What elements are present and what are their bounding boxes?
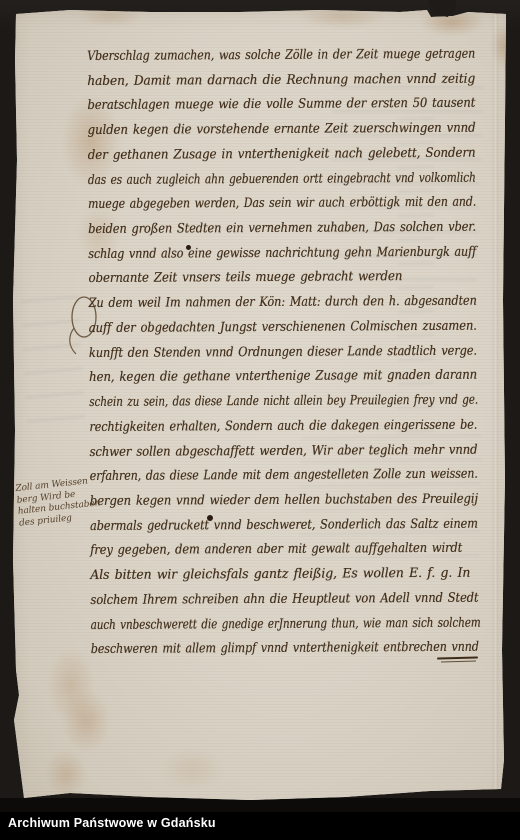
ink-underline <box>441 661 476 663</box>
manuscript-line: bergen kegen vnnd wieder dem hellen buch… <box>90 488 478 515</box>
stain-mark <box>300 6 384 28</box>
manuscript-line: frey gegeben, dem anderen aber mit gewal… <box>90 537 462 564</box>
manuscript-line: abermals gedruckett vnnd beschweret, Son… <box>90 512 478 539</box>
stain-mark <box>62 690 110 752</box>
manuscript-line: auff der obgedachten Jungst verschienene… <box>89 315 477 342</box>
manuscript-line: beschweren mit allem glimpf vnnd vnterth… <box>91 636 479 663</box>
manuscript-line: obernante Zeit vnsers teils muege gebrac… <box>88 266 402 293</box>
manuscript-line: beiden großen Stedten ein vernehmen zuha… <box>88 216 476 243</box>
manuscript-line: das es auch zugleich ahn gebuerenden ort… <box>88 166 476 193</box>
stain-mark <box>160 748 224 790</box>
manuscript-line: der gethanen Zusage in vnterthenigkeit n… <box>88 142 476 169</box>
manuscript-line: schwer sollen abgeschaffett werden, Wir … <box>89 438 477 465</box>
manuscript-line: muege abgegeben werden, Das sein wir auc… <box>88 191 476 218</box>
manuscript-text-block: Vberschlag zumachen, was solche Zölle in… <box>87 43 483 663</box>
manuscript-line: solchem Ihrem schreiben ahn die Heuptleu… <box>90 586 478 613</box>
manuscript-page: Vberschlag zumachen, was solche Zölle in… <box>0 0 520 840</box>
manuscript-line: Vberschlag zumachen, was solche Zölle in… <box>87 43 475 70</box>
manuscript-line: erfahren, das diese Lande mit dem angest… <box>90 463 478 490</box>
manuscript-line: haben, Damit man darnach die Rechnung ma… <box>87 67 475 94</box>
manuscript-line: gulden kegen die vorstehende ernante Zei… <box>87 117 475 144</box>
manuscript-line: kunfft den Stenden vnnd Ordnungen dieser… <box>89 339 477 366</box>
manuscript-line: schein zu sein, das diese Lande nicht al… <box>89 389 478 416</box>
manuscript-line: Als bitten wir gleichsfals gantz fleißig… <box>90 562 470 589</box>
stain-mark <box>46 750 86 798</box>
manuscript-line: Zu dem weil Im nahmen der Kön: Matt: dur… <box>89 290 477 317</box>
manuscript-line: beratschlagen muege wie die volle Summe … <box>87 92 475 119</box>
scan-background-notch <box>428 0 456 17</box>
stain-mark <box>78 6 142 26</box>
archive-watermark: Archiwum Państwowe w Gdańsku <box>8 816 216 830</box>
manuscript-line: schlag vnnd also eine gewisse nachrichtu… <box>88 240 476 267</box>
stain-mark <box>48 648 94 722</box>
paper-crease <box>493 0 498 800</box>
manuscript-line: hen, kegen die gethane vnterthenige Zusa… <box>89 364 477 391</box>
manuscript-line: auch vnbeschwerett die gnedige erJnnerun… <box>90 611 480 638</box>
manuscript-line: rechtigkeiten erhalten, Sondern auch die… <box>89 413 477 440</box>
